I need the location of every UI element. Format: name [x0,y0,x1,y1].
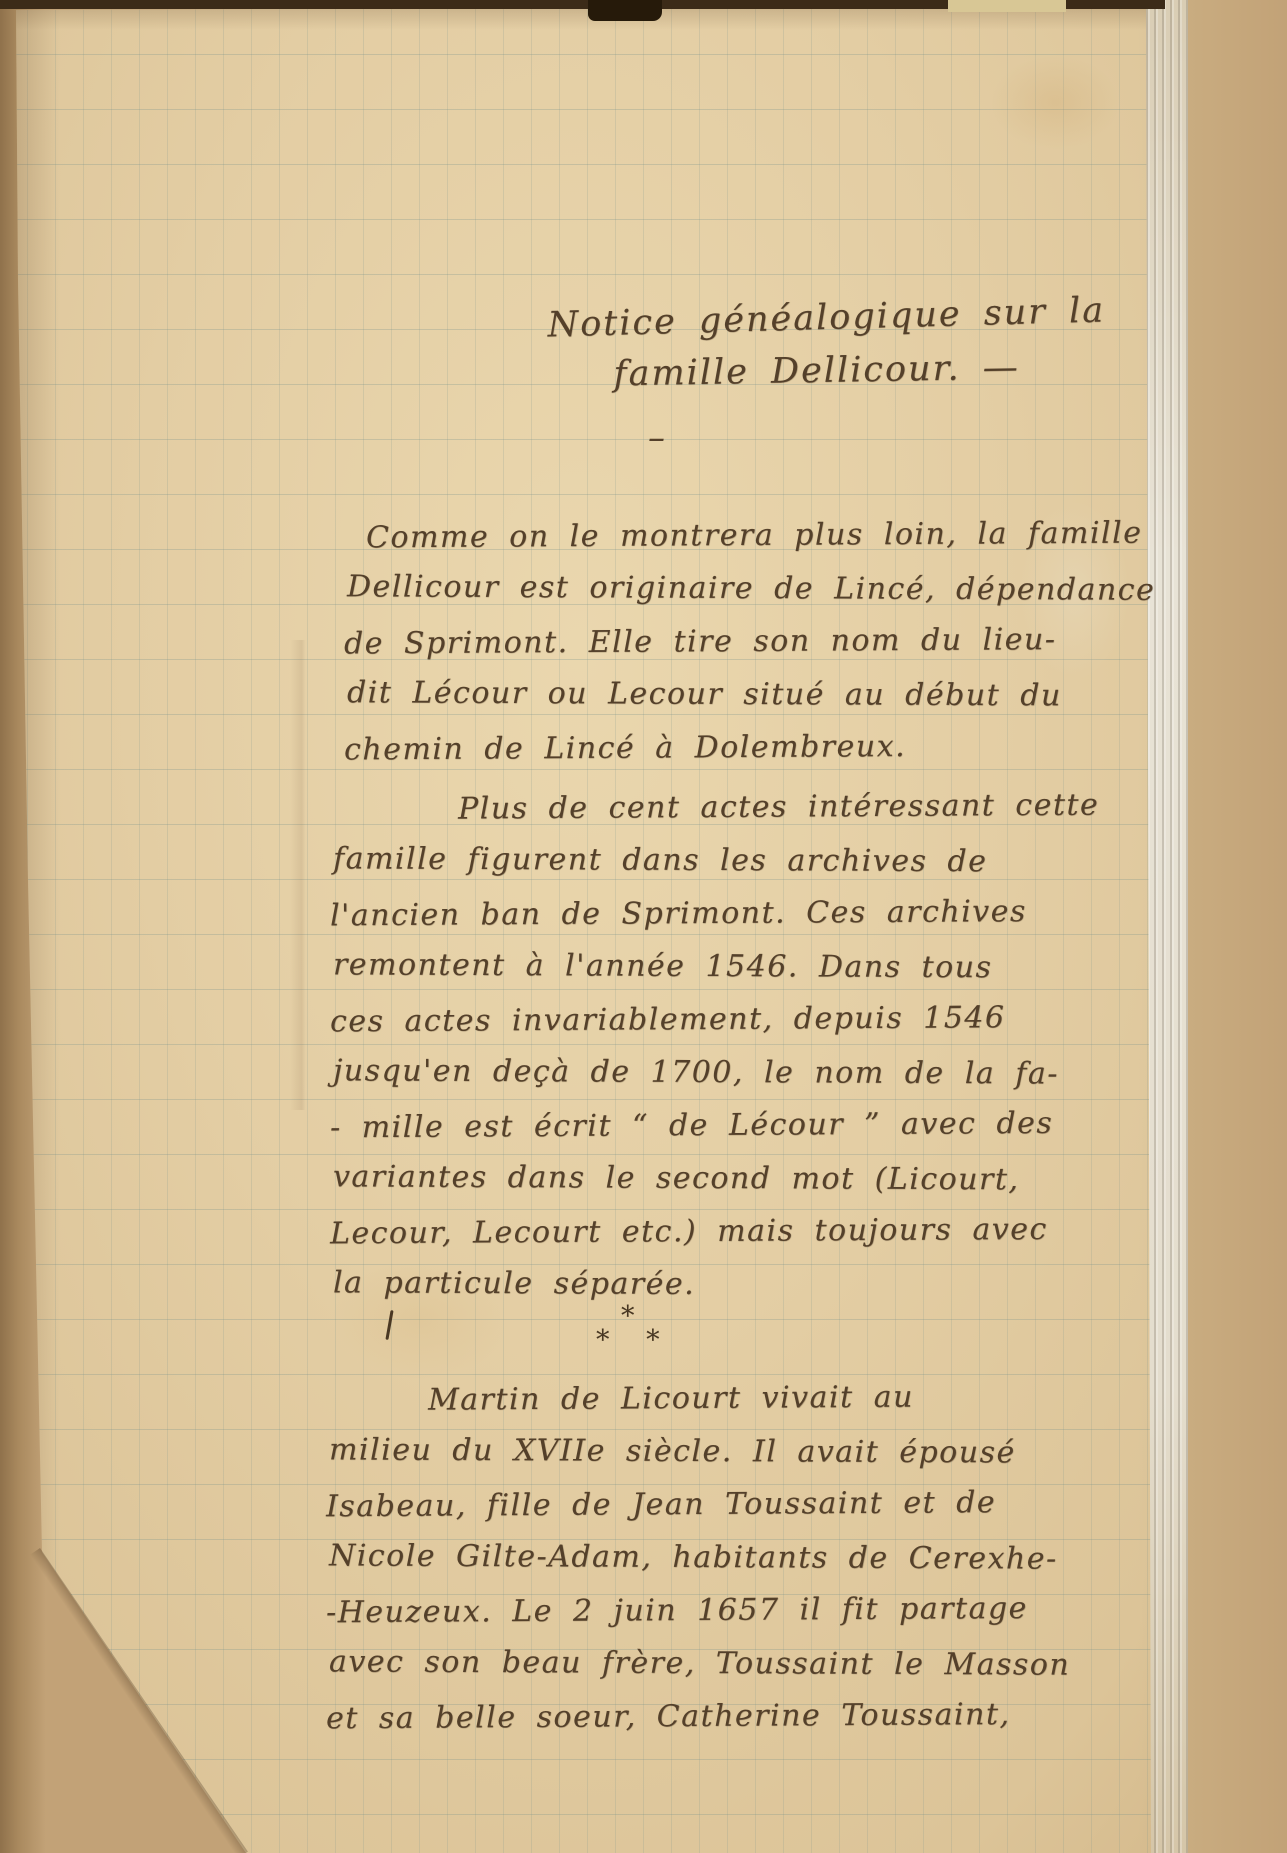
paragraph-3: Martin de Licourt vivait aumilieu du XVI… [326,1372,1067,1743]
handwritten-text-layer: Notice généalogique sur la famille Delli… [0,0,1287,1853]
handwritten-line: milieu du XVIIe siècle. Il avait épousé [329,1423,1070,1479]
paragraph-2: Plus de cent actes intéressant cettefami… [330,781,1099,1311]
handwritten-line: de Sprimont. Elle tire son nom du lieu- [344,613,1153,671]
handwritten-line: famille figurent dans les archives de [333,832,1102,888]
asterism-separator: * * * [596,1305,674,1353]
title-line: famille Dellicour. — [613,340,1110,401]
handwritten-line: Comme on le montrera plus loin, la famil… [344,507,1153,565]
handwritten-line: -Heuzeux. Le 2 juin 1657 il fit partage [326,1582,1068,1640]
handwritten-line: jusqu'en deçà de 1700, le nom de la fa- [333,1044,1102,1100]
title-separator-dash: – [648,418,665,458]
handwritten-line: - mille est écrit “ de Lécour ” avec des [330,1097,1100,1155]
handwritten-line: l'ancien ban de Sprimont. Ces archives [330,885,1100,943]
handwritten-line: avec son beau frère, Toussaint le Masson [329,1635,1070,1691]
stray-ink-stroke [385,1310,393,1340]
handwritten-line: Nicole Gilte-Adam, habitants de Cerexhe- [329,1529,1070,1585]
handwritten-line: et sa belle soeur, Catherine Toussaint, [326,1688,1068,1746]
handwritten-line: remontent à l'année 1546. Dans tous [333,938,1102,994]
handwritten-line: Martin de Licourt vivait au [326,1370,1068,1428]
handwritten-line: Dellicour est originaire de Lincé, dépen… [347,560,1156,617]
document-title: Notice généalogique sur la famille Delli… [547,286,1107,404]
handwritten-line: ces actes invariablement, depuis 1546 [330,991,1100,1049]
handwritten-line: dit Lécour ou Lecour situé au début du [347,666,1156,723]
handwritten-line: Plus de cent actes intéressant cette [330,779,1100,837]
asterism-row: * * [596,1329,674,1353]
handwritten-line: variantes dans le second mot (Licourt, [333,1150,1102,1206]
paragraph-1: Comme on le montrera plus loin, la famil… [344,509,1152,774]
handwritten-line: la particule séparée. [333,1256,1102,1312]
handwritten-line: Lecour, Lecourt etc.) mais toujours avec [330,1203,1100,1261]
manuscript-scan: Notice généalogique sur la famille Delli… [0,0,1287,1853]
handwritten-line: Isabeau, fille de Jean Toussaint et de [326,1476,1068,1534]
handwritten-line: chemin de Lincé à Dolembreux. [344,719,1153,777]
